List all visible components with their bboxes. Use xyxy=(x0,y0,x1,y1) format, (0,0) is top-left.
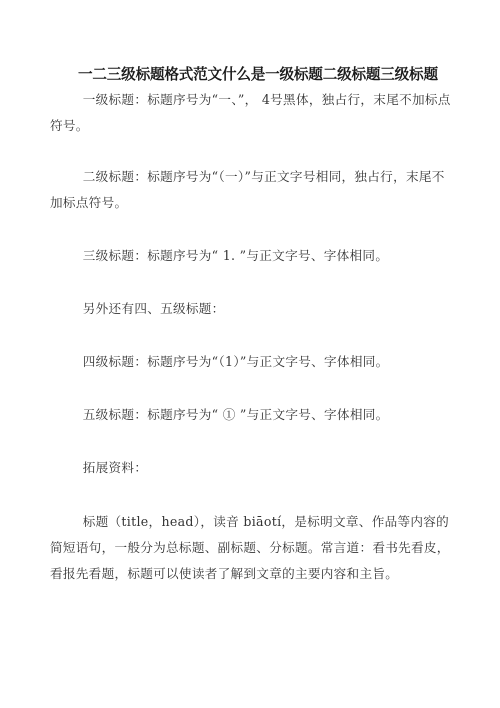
paragraph-level2-heading: 二级标题：标题序号为“（一）”与正文字号相同，独占行，末尾不加标点符号。 xyxy=(50,164,455,216)
paragraph-level1-heading: 一级标题：标题序号为“一、”， 4号黑体，独占行，末尾不加标点符号。 xyxy=(50,87,455,139)
paragraph-additional-levels: 另外还有四、五级标题： xyxy=(50,296,455,322)
document-page: 一二三级标题格式范文什么是一级标题二级标题三级标题 一级标题：标题序号为“一、”… xyxy=(0,0,500,708)
document-title: 一二三级标题格式范文什么是一级标题二级标题三级标题 xyxy=(78,63,428,84)
paragraph-extended-reading: 拓展资料： xyxy=(50,455,455,481)
paragraph-level4-heading: 四级标题：标题序号为“（1）”与正文字号、字体相同。 xyxy=(50,349,455,375)
paragraph-level3-heading: 三级标题：标题序号为“ 1. ”与正文字号、字体相同。 xyxy=(50,243,455,269)
paragraph-level5-heading: 五级标题：标题序号为“ ① ”与正文字号、字体相同。 xyxy=(50,402,455,428)
paragraph-title-definition: 标题（title，head），读音 biāotí，是标明文章、作品等内容的简短语… xyxy=(50,509,455,587)
